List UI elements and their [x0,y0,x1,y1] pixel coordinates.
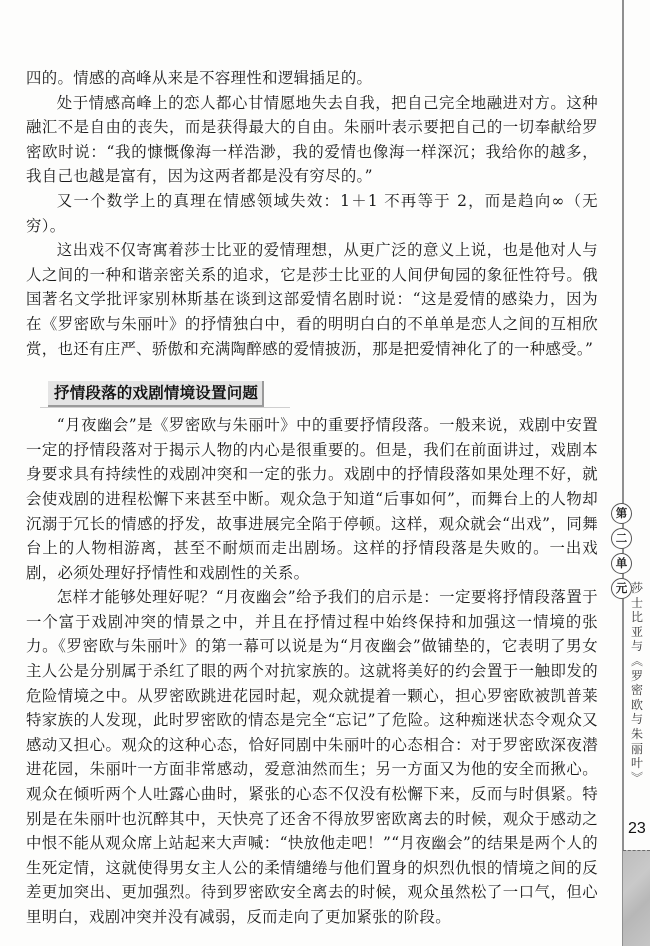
unit-char-circle: 第 [611,503,632,524]
title-char: 密 [627,683,647,698]
title-char: 欧 [627,698,647,713]
paragraph-continuation: 四的。情感的高峰从来是不容理性和逻辑插足的。 [26,66,598,91]
title-char: 朱 [627,727,647,742]
title-char: ︽ [627,654,647,669]
textbook-page: 四的。情感的高峰从来是不容理性和逻辑插足的。 处于情感高峰上的恋人都心甘情愿地失… [0,0,650,946]
paragraph-math-truth: 又一个数学上的真理在情感领域失效：1＋1 不再等于 2，而是趋向∞（无穷）。 [26,189,598,238]
section-heading-block: 抒情段落的戏剧情境设置问题 [26,381,598,407]
page-number: 23 [628,820,650,838]
paragraph-how-to-handle: 怎样才能够处理好呢？“月夜幽会”给予我们的启示是：一定要将抒情段落置于一个富于戏… [26,585,598,929]
running-title-vertical: 莎 士 比 亚 与 ︽ 罗 密 欧 与 朱 丽 叶 ︾ [627,581,647,785]
title-char: 士 [627,596,647,611]
paragraph-moonlit-meeting: “月夜幽会”是《罗密欧与朱丽叶》中的重要抒情段落。一般来说，戏剧中安置一定的抒情… [26,413,598,585]
title-char: 丽 [627,742,647,757]
unit-char-circle: 二 [611,528,632,549]
title-char: ︾ [627,771,647,786]
title-char: 与 [627,639,647,654]
margin-divider-line [622,0,624,946]
page-body: 四的。情感的高峰从来是不容理性和逻辑插足的。 处于情感高峰上的恋人都心甘情愿地失… [26,66,598,930]
title-char: 莎 [627,581,647,596]
section-heading: 抒情段落的戏剧情境设置问题 [48,381,264,407]
title-char: 比 [627,610,647,625]
thumb-index-tab [623,850,650,946]
title-char: 与 [627,712,647,727]
paragraph-self-surrender: 处于情感高峰上的恋人都心甘情愿地失去自我，把自己完全地融进对方。这种融汇不是自由… [26,91,598,189]
title-char: 罗 [627,669,647,684]
title-char: 叶 [627,756,647,771]
title-char: 亚 [627,625,647,640]
heading-divider [40,407,290,408]
paragraph-belinsky-quote: 这出戏不仅寄寓着莎士比亚的爱情理想，从更广泛的意义上说，也是他对人与人之间的一种… [26,238,598,361]
unit-char-circle: 单 [611,553,632,574]
